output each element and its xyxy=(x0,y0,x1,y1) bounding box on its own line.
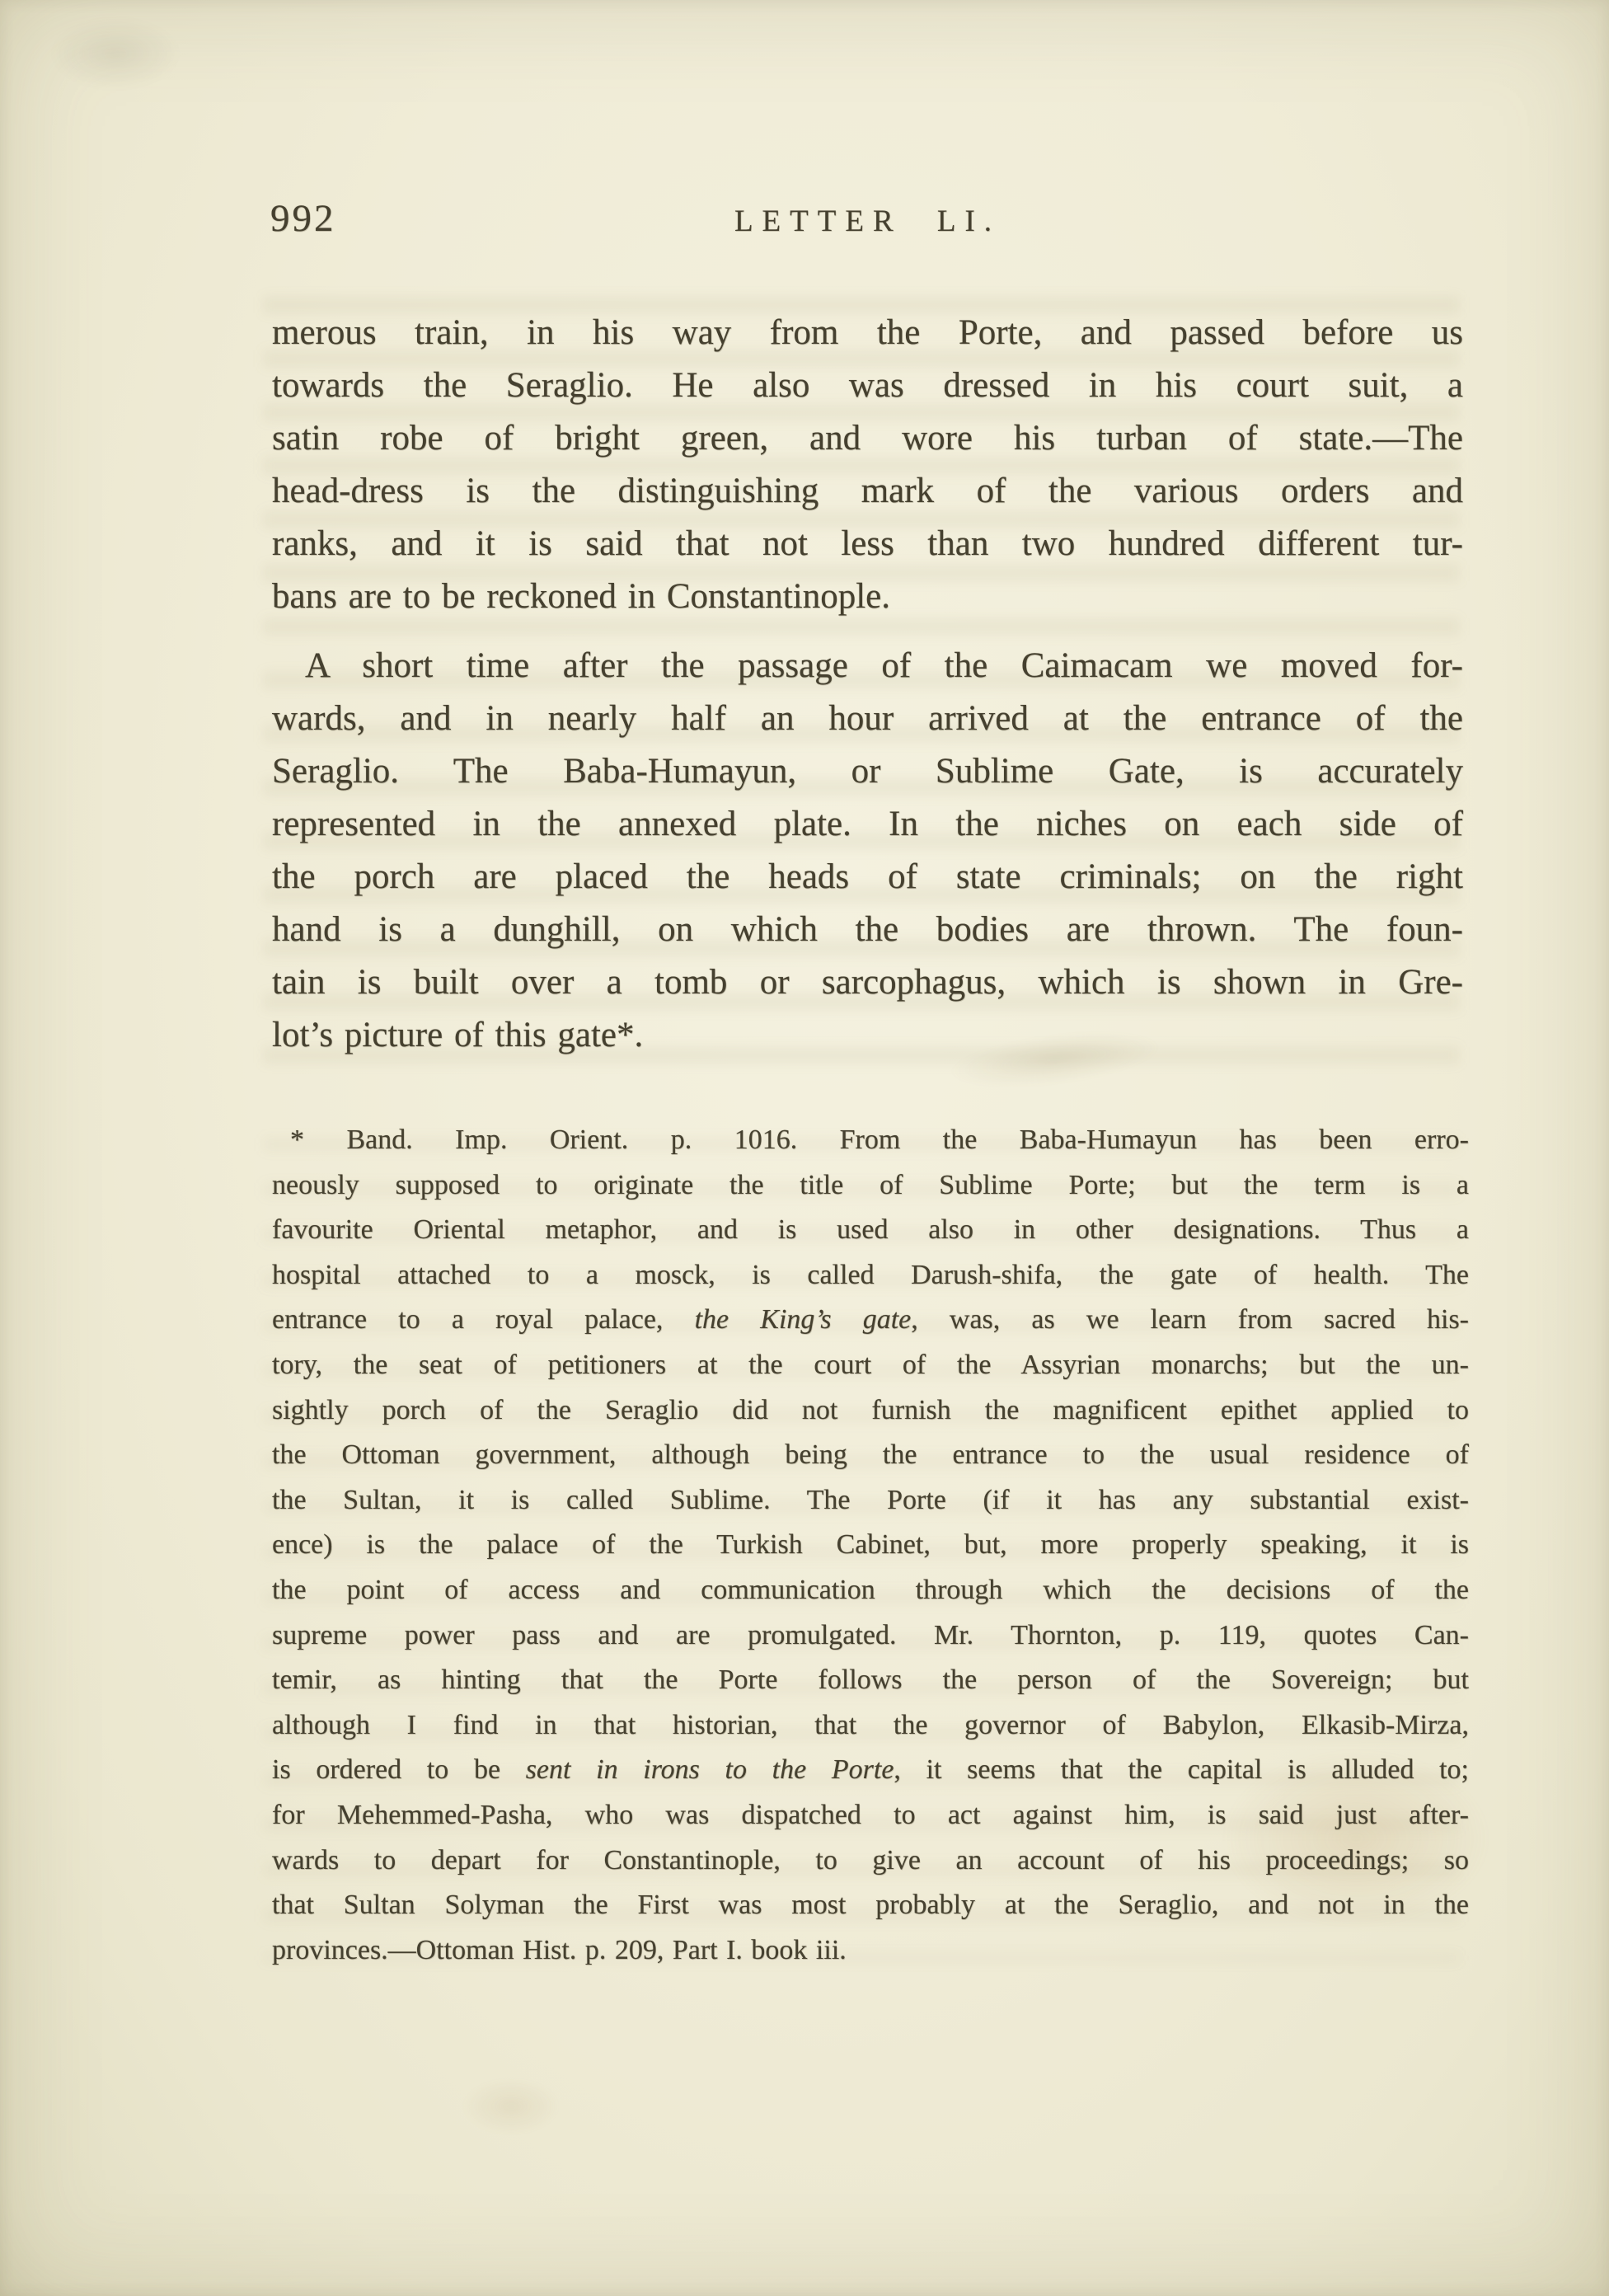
body-line: bans are to be reckoned in Constantinopl… xyxy=(272,570,1463,623)
footnote-text: entrance to a royal palace, xyxy=(272,1304,695,1335)
body-line: tain is built over a tomb or sarcophagus… xyxy=(272,956,1463,1009)
body-line: A short time after the passage of the Ca… xyxy=(272,640,1463,693)
footnote-line: favourite Oriental metaphor, and is used… xyxy=(272,1208,1469,1253)
footnote-line: sightly porch of the Seraglio did not fu… xyxy=(272,1388,1469,1434)
footnote-text: , was, as we learn from sacred his- xyxy=(911,1304,1469,1335)
footnote: * Band. Imp. Orient. p. 1016. From the B… xyxy=(272,1118,1469,1973)
footnote-line: supreme power pass and are promulgated. … xyxy=(272,1613,1469,1659)
body-line: satin robe of bright green, and wore his… xyxy=(272,412,1463,465)
footnote-line: entrance to a royal palace, the King’s g… xyxy=(272,1298,1469,1343)
footnote-line: the point of access and communication th… xyxy=(272,1568,1469,1613)
body-line: towards the Seraglio. He also was dresse… xyxy=(272,359,1463,412)
running-header: LETTER LI. xyxy=(272,204,1463,239)
footnote-italic-phrase: sent in irons to the Porte xyxy=(526,1754,894,1785)
footnote-line: is ordered to be sent in irons to the Po… xyxy=(272,1748,1469,1793)
paper-stain xyxy=(462,2078,561,2135)
footnote-text: , it seems that the capital is alluded t… xyxy=(894,1754,1469,1785)
footnote-line: although I find in that historian, that … xyxy=(272,1703,1469,1749)
footnote-line: tory, the seat of petitioners at the cou… xyxy=(272,1343,1469,1388)
footnote-line: provinces.—Ottoman Hist. p. 209, Part I.… xyxy=(272,1928,1469,1974)
footnote-text: is ordered to be xyxy=(272,1754,526,1785)
body-line: represented in the annexed plate. In the… xyxy=(272,798,1463,851)
body-line: Seraglio. The Baba-Humayun, or Sublime G… xyxy=(272,745,1463,798)
footnote-line: * Band. Imp. Orient. p. 1016. From the B… xyxy=(272,1118,1469,1163)
footnote-line: ence) is the palace of the Turkish Cabin… xyxy=(272,1523,1469,1568)
footnote-line: hospital attached to a mosck, is called … xyxy=(272,1253,1469,1298)
footnote-line: wards to depart for Constantinople, to g… xyxy=(272,1838,1469,1884)
body-line: head-dress is the distinguishing mark of… xyxy=(272,465,1463,518)
body-line: merous train, in his way from the Porte,… xyxy=(272,307,1463,359)
body-line: hand is a dunghill, on which the bodies … xyxy=(272,904,1463,956)
footnote-line: the Sultan, it is called Sublime. The Po… xyxy=(272,1478,1469,1524)
footnote-line: for Mehemmed-Pasha, who was dispatched t… xyxy=(272,1793,1469,1838)
footnote-line: temir, as hinting that the Porte follows… xyxy=(272,1658,1469,1703)
footnote-line: the Ottoman government, although being t… xyxy=(272,1433,1469,1478)
footnote-italic-phrase: the King’s gate xyxy=(695,1304,912,1335)
scan-edge-shadow xyxy=(49,16,181,91)
paragraph: merous train, in his way from the Porte,… xyxy=(272,307,1463,623)
footnote-line: neously supposed to originate the title … xyxy=(272,1163,1469,1209)
body-line: lot’s picture of this gate*. xyxy=(272,1009,1463,1062)
footnote-line: that Sultan Solyman the First was most p… xyxy=(272,1883,1469,1928)
body-line: wards, and in nearly half an hour arrive… xyxy=(272,693,1463,745)
body-line: ranks, and it is said that not less than… xyxy=(272,518,1463,570)
body-text: merous train, in his way from the Porte,… xyxy=(272,307,1463,1062)
body-line: the porch are placed the heads of state … xyxy=(272,851,1463,904)
scanned-book-page: 992 LETTER LI. merous train, in his way … xyxy=(0,0,1609,2296)
paragraph: A short time after the passage of the Ca… xyxy=(272,640,1463,1062)
